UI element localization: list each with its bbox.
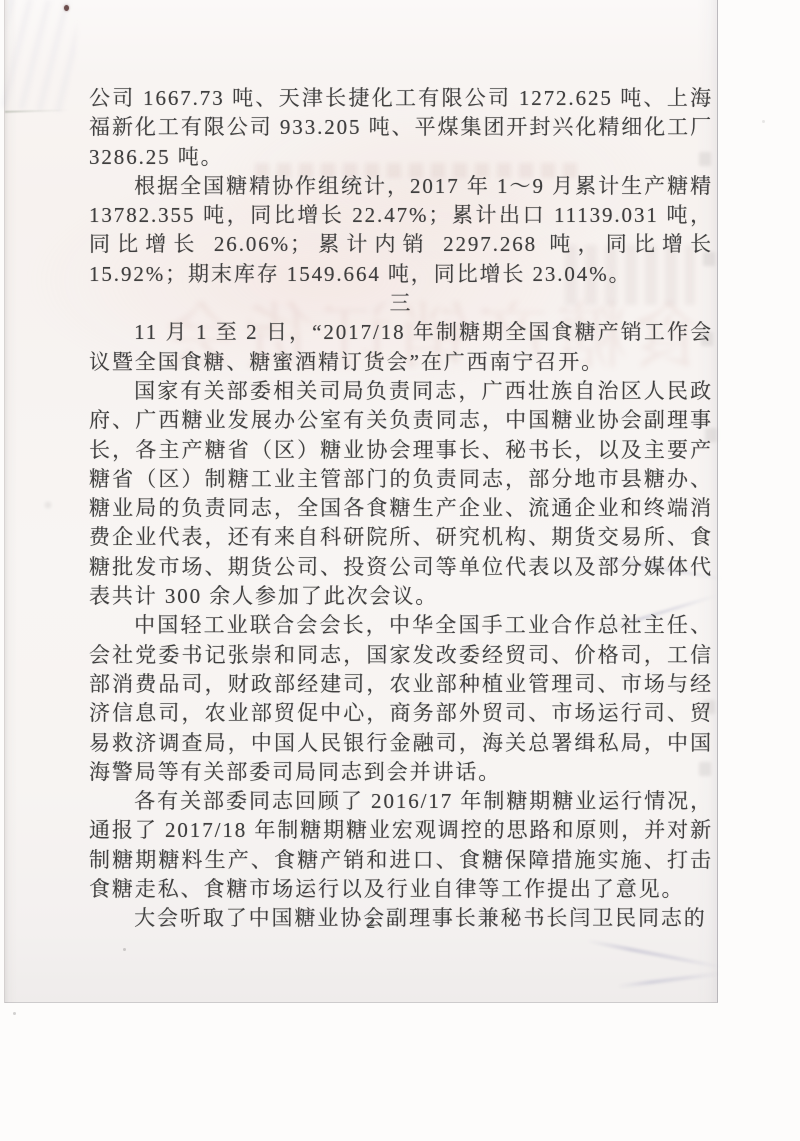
page-number: 2 <box>59 913 683 933</box>
dust-speck <box>762 120 765 123</box>
paper-wrinkle <box>1 0 79 112</box>
document-text-block: 公司 1667.73 吨、天津长捷化工有限公司 1272.625 吨、上海福新化… <box>89 84 713 934</box>
body-paragraph: 11 月 1 至 2 日，“2017/18 年制糖期全国食糖产销工作会议暨全国食… <box>89 318 713 377</box>
body-paragraph: 国家有关部委相关司局负责同志，广西壮族自治区人民政府、广西糖业发展办公室有关负责… <box>89 377 713 611</box>
body-paragraph: 中国轻工业联合会会长，中华全国手工业合作总社主任、会社党委书记张崇和同志，国家发… <box>89 611 713 787</box>
scanned-document-sheet: 食糖产销订货会 公司 1667.73 吨、天津长捷化工有限公司 1272.625… <box>4 0 718 1003</box>
paper-crease <box>617 972 721 989</box>
dust-speck <box>123 948 126 951</box>
bleedthrough-mark <box>45 502 51 508</box>
body-paragraph: 根据全国糖精协作组统计，2017 年 1～9 月累计生产糖精 13782.355… <box>89 172 713 289</box>
paper-crease <box>586 939 722 969</box>
paper-crease <box>5 109 69 113</box>
section-heading: 三 <box>89 289 713 318</box>
body-paragraph: 各有关部委同志回顾了 2016/17 年制糖期糖业运行情况，通报了 2017/1… <box>89 787 713 904</box>
dust-speck <box>13 1012 16 1015</box>
body-paragraph: 公司 1667.73 吨、天津长捷化工有限公司 1272.625 吨、上海福新化… <box>89 84 713 172</box>
